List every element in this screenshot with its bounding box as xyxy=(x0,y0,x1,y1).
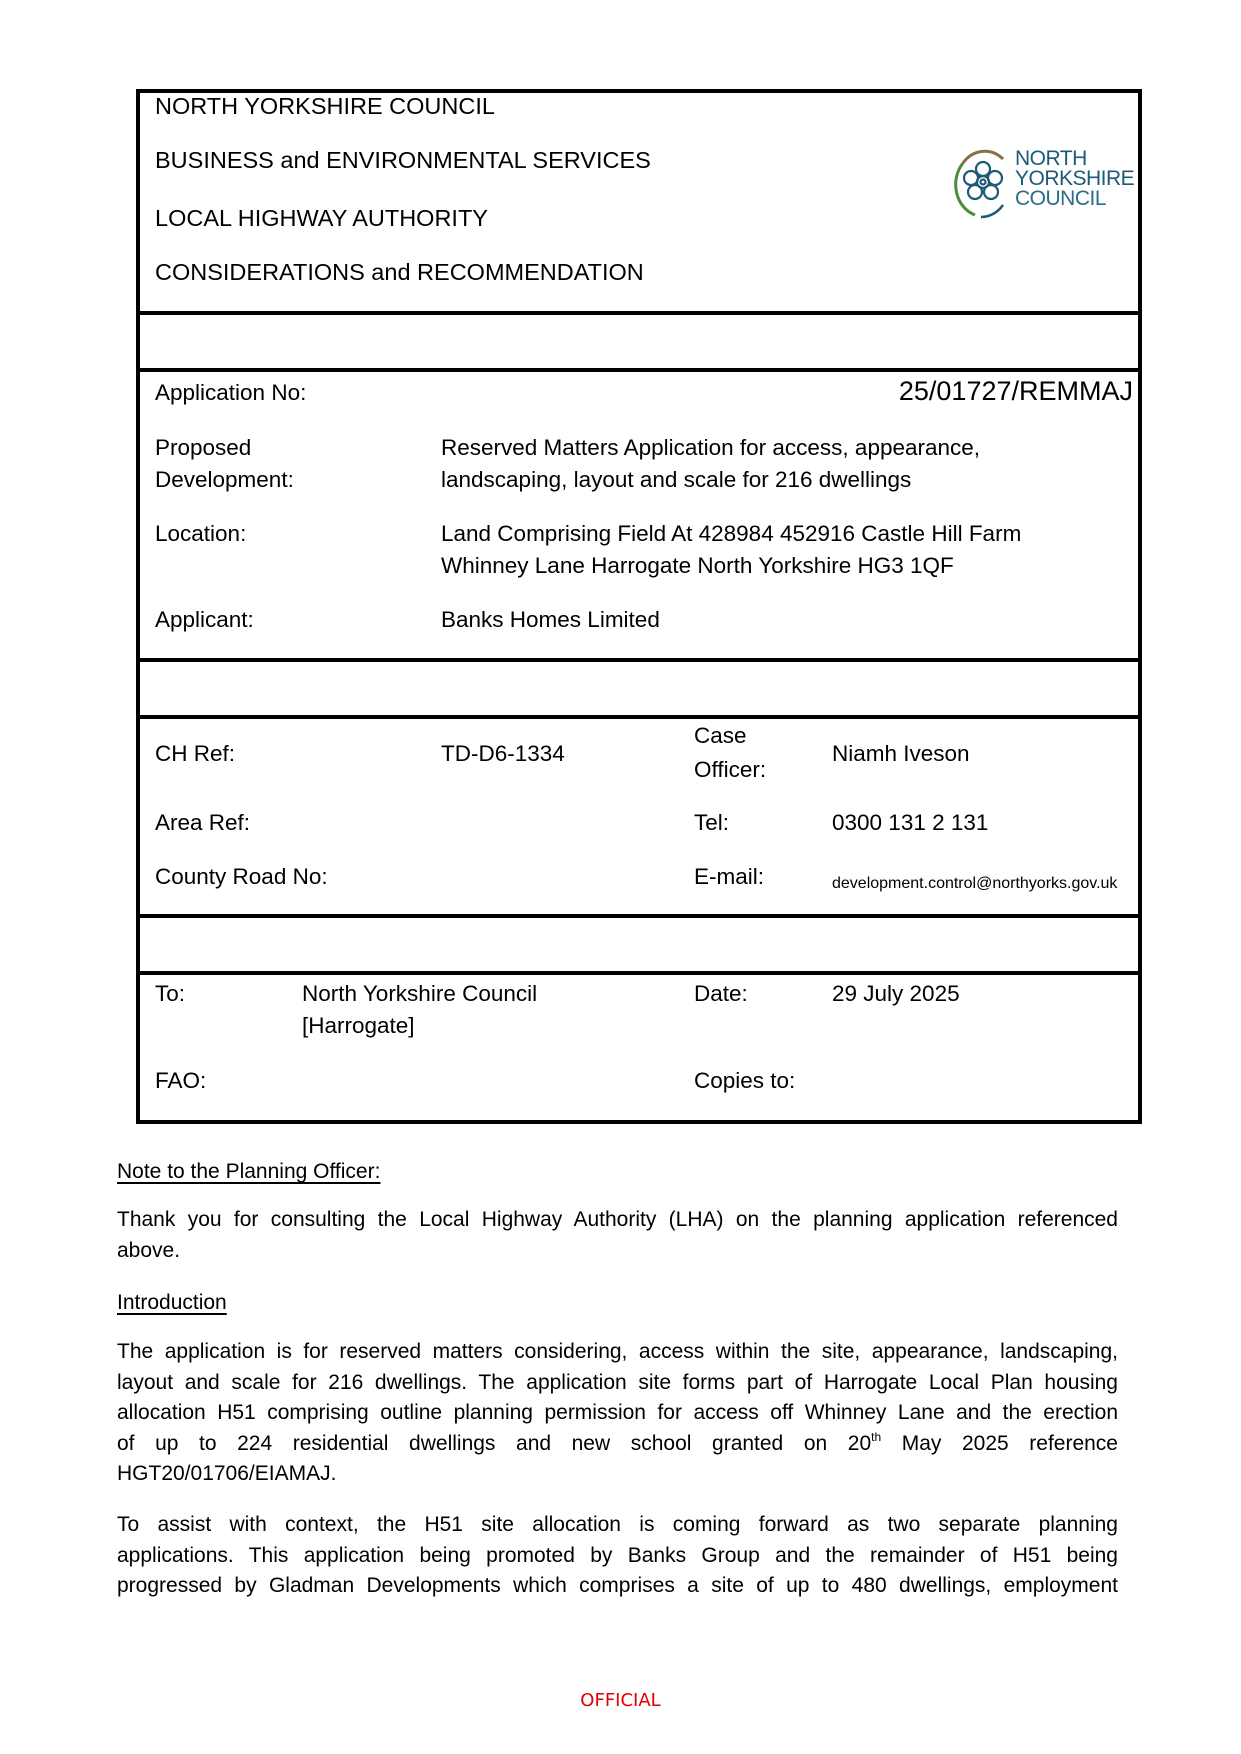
paragraph-line: allocation H51 comprising outline planni… xyxy=(117,1398,1118,1429)
proposed-development-value-2: landscaping, layout and scale for 216 dw… xyxy=(441,467,911,493)
location-value-2: Whinney Lane Harrogate North Yorkshire H… xyxy=(441,553,954,579)
to-value-2: [Harrogate] xyxy=(302,1013,415,1039)
area-ref-label: Area Ref: xyxy=(155,810,250,836)
paragraph-line: progressed by Gladman Developments which… xyxy=(117,1571,1118,1602)
divider xyxy=(136,971,1142,975)
fao-label: FAO: xyxy=(155,1068,206,1094)
paragraph-line: Thank you for consulting the Local Highw… xyxy=(117,1205,1118,1236)
applicant-value: Banks Homes Limited xyxy=(441,607,660,633)
introduction-paragraph: The application is for reserved matters … xyxy=(117,1337,1118,1490)
logo-line-yorkshire: YORKSHIRE xyxy=(1015,169,1134,189)
logo-wordmark: NORTH YORKSHIRE COUNCIL xyxy=(1015,149,1134,209)
logo-line-north: NORTH xyxy=(1015,149,1134,169)
council-name: NORTH YORKSHIRE COUNCIL xyxy=(155,93,495,120)
paragraph-line: above. xyxy=(117,1236,1118,1267)
case-officer-value: Niamh Iveson xyxy=(832,741,970,767)
authority-name: LOCAL HIGHWAY AUTHORITY xyxy=(155,205,488,232)
introduction-heading: Introduction xyxy=(117,1288,227,1319)
ch-ref-label: CH Ref: xyxy=(155,741,235,767)
proposed-development-value: Reserved Matters Application for access,… xyxy=(441,435,980,461)
copies-to-label: Copies to: xyxy=(694,1068,795,1094)
application-no-label: Application No: xyxy=(155,380,306,406)
tel-value: 0300 131 2 131 xyxy=(832,810,988,836)
location-label: Location: xyxy=(155,521,246,547)
divider xyxy=(136,914,1142,918)
divider xyxy=(136,368,1142,372)
email-value[interactable]: development.control@northyorks.gov.uk xyxy=(832,875,1117,893)
divider xyxy=(136,311,1142,315)
proposed-development-label-2: Development: xyxy=(155,467,294,493)
date-value: 29 July 2025 xyxy=(832,981,960,1007)
proposed-development-label: Proposed xyxy=(155,435,251,461)
case-officer-label: Case xyxy=(694,723,747,749)
note-heading: Note to the Planning Officer: xyxy=(117,1157,380,1188)
case-officer-label-2: Officer: xyxy=(694,757,766,783)
paragraph-line: The application is for reserved matters … xyxy=(117,1337,1118,1368)
application-no-value: 25/01727/REMMAJ xyxy=(899,376,1133,407)
divider xyxy=(136,715,1142,719)
logo-line-council: COUNCIL xyxy=(1015,189,1134,209)
paragraph-line: applications. This application being pro… xyxy=(117,1541,1118,1572)
classification-marking: OFFICIAL xyxy=(0,1690,1241,1711)
county-road-label: County Road No: xyxy=(155,864,328,890)
council-logo: NORTH YORKSHIRE COUNCIL xyxy=(953,145,1123,221)
department-name: BUSINESS and ENVIRONMENTAL SERVICES xyxy=(155,147,651,174)
document-title: CONSIDERATIONS and RECOMMENDATION xyxy=(155,259,644,286)
location-value: Land Comprising Field At 428984 452916 C… xyxy=(441,521,1021,547)
line-text: May 2025 reference xyxy=(881,1432,1118,1455)
paragraph-line: HGT20/01706/EIAMAJ. xyxy=(117,1459,1118,1490)
yorkshire-rose-icon xyxy=(953,145,1013,221)
ordinal-suffix: th xyxy=(871,1430,881,1444)
to-label: To: xyxy=(155,981,185,1007)
ch-ref-value: TD-D6-1334 xyxy=(441,741,565,767)
paragraph-line: To assist with context, the H51 site all… xyxy=(117,1510,1118,1541)
email-label: E-mail: xyxy=(694,864,764,890)
date-label: Date: xyxy=(694,981,748,1007)
paragraph-line: layout and scale for 216 dwellings. The … xyxy=(117,1368,1118,1399)
divider xyxy=(136,658,1142,662)
paragraph-line: of up to 224 residential dwellings and n… xyxy=(117,1429,1118,1460)
applicant-label: Applicant: xyxy=(155,607,254,633)
context-paragraph: To assist with context, the H51 site all… xyxy=(117,1510,1118,1602)
tel-label: Tel: xyxy=(694,810,729,836)
thanks-paragraph: Thank you for consulting the Local Highw… xyxy=(117,1205,1118,1266)
to-value: North Yorkshire Council xyxy=(302,981,537,1007)
line-text: of up to 224 residential dwellings and n… xyxy=(117,1432,871,1455)
